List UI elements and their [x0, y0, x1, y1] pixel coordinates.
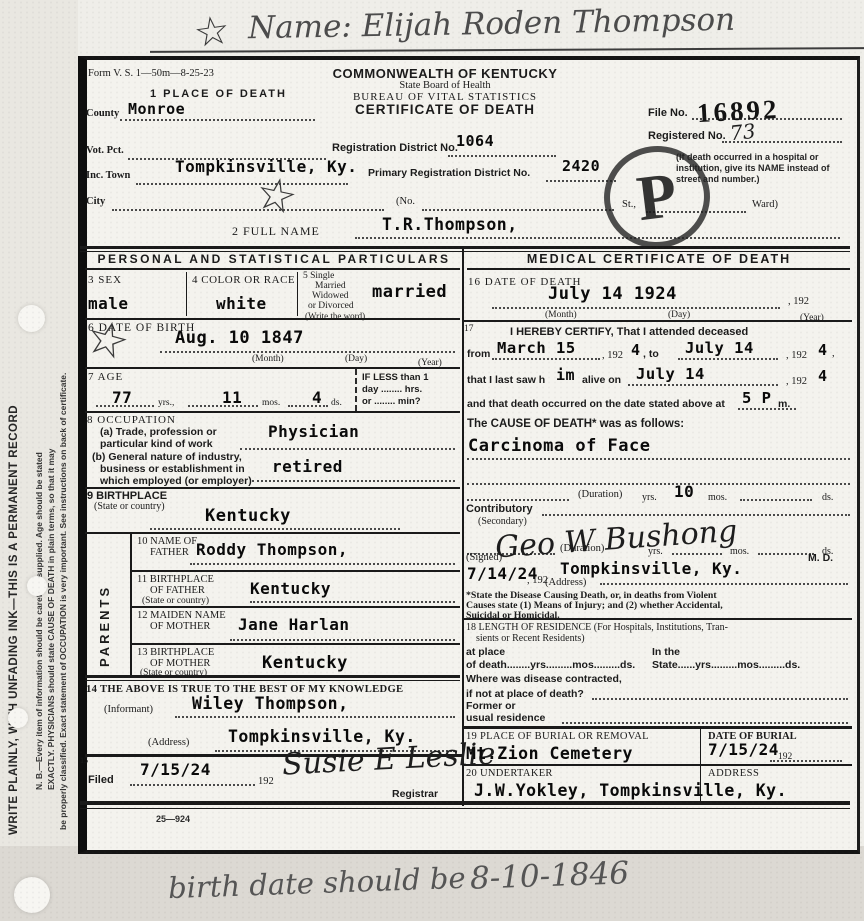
street-no-line	[422, 209, 614, 211]
registration-district-label: Registration District No.	[332, 142, 458, 154]
race-value: white	[216, 294, 267, 313]
margin-note-line3: be properly classified. Exact statement …	[58, 110, 68, 830]
rule	[186, 272, 187, 316]
filed-item-number: 15	[80, 756, 88, 765]
duration-label: (Duration)	[578, 489, 622, 500]
if-less-line1: IF LESS than 1	[362, 372, 429, 383]
rule	[462, 618, 852, 620]
punch-hole	[27, 576, 47, 596]
personal-section-title: PERSONAL AND STATISTICAL PARTICULARS	[88, 252, 460, 266]
rule	[467, 499, 569, 501]
duration-months-value: 10	[674, 482, 694, 501]
city-label: City	[86, 196, 105, 207]
filed-year-label: 192	[258, 776, 274, 787]
rule	[492, 358, 600, 360]
certify-text: I HEREBY CERTIFY, That I attended deceas…	[510, 326, 748, 338]
county-label: County	[86, 108, 119, 119]
date-of-death-value: July 14 1924	[548, 284, 677, 304]
dob-month-label: (Month)	[252, 354, 284, 364]
birthplace-sub-label: (State or country)	[94, 501, 165, 512]
vot-pct-label: Vot. Pct.	[86, 145, 124, 156]
death-time-value: 5 P	[742, 389, 772, 407]
header-divider	[80, 246, 850, 249]
date-of-death-year-label: , 192	[788, 296, 809, 307]
cause-line-1	[467, 458, 850, 460]
marital-option-divorced: or Divorced	[308, 301, 354, 311]
county-line	[120, 119, 315, 121]
print-code: 25—924	[156, 814, 190, 824]
rule	[600, 583, 848, 585]
filed-date-value: 7/15/24	[140, 760, 211, 779]
secondary-label: (Secondary)	[478, 516, 527, 527]
margin-note-line1: N. B.—Every item of information should b…	[34, 150, 44, 790]
occupation-b-line	[252, 480, 455, 482]
last-saw-year-label: , 192	[786, 376, 807, 387]
rule	[96, 405, 154, 407]
father-birthplace-label3: (State or country)	[142, 596, 209, 606]
informant-line	[175, 716, 455, 718]
handwritten-correction-value: 8-10-1846	[469, 855, 629, 897]
undertaker-value: J.W.Yokley, Tompkinsville, Ky.	[474, 781, 787, 800]
commonwealth-title: COMMONWEALTH OF KENTUCKY	[300, 66, 590, 81]
p-stamp-letter: P	[633, 158, 681, 236]
certify-item-number: 17	[464, 324, 474, 334]
last-saw-date-value: July 14	[636, 365, 705, 383]
last-saw-year-value: 4	[818, 367, 828, 385]
father-name-label2: FATHER	[150, 547, 189, 558]
race-label: 4 COLOR OR RACE	[192, 274, 295, 286]
signed-label: (Signed)	[466, 552, 502, 563]
mother-name-line	[230, 639, 455, 641]
rule	[562, 722, 848, 724]
rule	[85, 532, 460, 534]
rule	[85, 268, 460, 270]
rule	[467, 268, 850, 270]
annotation-underline	[150, 47, 864, 53]
registered-no-label: Registered No.	[648, 130, 726, 142]
rule	[592, 698, 848, 700]
registration-district-value: 1064	[456, 132, 494, 150]
rule	[85, 411, 460, 413]
county-value: Monroe	[128, 100, 185, 118]
rule	[288, 405, 328, 407]
inc-town-line	[136, 183, 348, 185]
occupation-b-label3: which employed (or employer)	[100, 475, 252, 487]
contributory-label: Contributory	[466, 503, 533, 515]
age-years-unit: yrs.,	[158, 398, 174, 408]
registered-no-line	[722, 141, 842, 143]
rule	[355, 369, 357, 411]
rule	[462, 726, 852, 729]
rule	[740, 499, 812, 501]
cause-of-death-value: Carcinoma of Face	[468, 436, 651, 456]
birthplace-value: Kentucky	[205, 506, 291, 526]
burial-date-value: 7/15/24	[708, 740, 779, 759]
residence-of-death-line: of death........yrs.........mos.........…	[466, 659, 635, 671]
certificate-of-death-title: CERTIFICATE OF DEATH	[300, 102, 590, 117]
handwritten-name-annotation: Name: Elijah Roden Thompson	[248, 2, 736, 46]
state-board-subtitle: State Board of Health	[300, 80, 590, 91]
attended-from-label: from	[467, 348, 490, 360]
punch-hole	[18, 305, 45, 332]
punch-hole	[14, 877, 50, 913]
registrar-label: Registrar	[392, 788, 438, 800]
residence-title-line1: 18 LENGTH OF RESIDENCE (For Hospitals, I…	[466, 622, 728, 633]
if-less-line2: day ........ hrs.	[362, 384, 422, 395]
father-name-line	[190, 563, 455, 565]
rule	[188, 405, 258, 407]
age-days-unit: ds.	[331, 398, 342, 408]
duration-mos-label: mos.	[708, 492, 727, 503]
residence-at-place-label: at place	[466, 646, 505, 658]
former-or-label: Former or	[466, 700, 516, 712]
place-of-death-heading: 1 PLACE OF DEATH	[150, 88, 287, 100]
occupation-a-line	[240, 448, 455, 450]
informant-label: (Informant)	[104, 704, 153, 715]
rule	[130, 606, 460, 608]
full-name-label: 2 FULL NAME	[232, 224, 320, 239]
age-months-unit: mos.	[262, 398, 280, 408]
undertaker-address-label: ADDRESS	[708, 768, 759, 779]
mother-name-value: Jane Harlan	[238, 615, 349, 634]
md-label: M. D.	[808, 552, 833, 564]
rule	[85, 680, 460, 681]
mother-name-label1: 12 MAIDEN NAME	[137, 610, 226, 621]
rule	[462, 320, 852, 322]
rule	[130, 532, 132, 675]
rule	[85, 318, 460, 320]
rule	[130, 643, 460, 645]
residence-in-the-label: In the	[652, 646, 680, 658]
registration-district-line	[448, 155, 556, 157]
marital-option-married: Married	[315, 281, 346, 291]
father-birthplace-label2: OF FATHER	[150, 585, 205, 596]
usual-residence-label: usual residence	[466, 712, 545, 724]
occupation-a-label2: particular kind of work	[100, 438, 213, 450]
occupation-b-value: retired	[272, 457, 343, 476]
cause-line-2	[467, 483, 850, 485]
death-certificate-scan: ☆ Name: Elijah Roden Thompson WRITE PLAI…	[0, 0, 864, 921]
dob-value: Aug. 10 1847	[175, 328, 304, 348]
occupation-b-label1: (b) General nature of industry,	[92, 451, 242, 463]
marital-option-widowed: Widowed	[312, 291, 349, 301]
residence-state-line: State......yrs.........mos.........ds.	[652, 659, 800, 671]
street-no-label: (No.	[396, 196, 415, 207]
attended-from-value: March 15	[497, 339, 576, 357]
attended-from-year-value: 4	[631, 341, 641, 359]
occupation-a-label1: (a) Trade, profession or	[100, 426, 217, 438]
primary-registration-label: Primary Registration District No.	[368, 167, 530, 179]
rule	[738, 408, 796, 410]
occupation-b-label2: business or establishment in	[100, 463, 245, 475]
undertaker-label: 20 UNDERTAKER	[466, 768, 553, 779]
rule	[770, 760, 842, 762]
filed-label: Filed	[88, 774, 114, 786]
occupation-a-value: Physician	[268, 422, 359, 441]
full-name-value: T.R.Thompson,	[382, 215, 518, 234]
mother-name-label2: OF MOTHER	[150, 621, 210, 632]
rule	[462, 764, 852, 766]
primary-registration-value: 2420	[562, 157, 600, 175]
father-birthplace-line	[250, 601, 455, 603]
ward-label: Ward)	[752, 199, 778, 210]
rule	[85, 487, 460, 489]
rule	[758, 553, 814, 555]
if-not-place-label: if not at place of death?	[466, 688, 584, 700]
father-name-label1: 10 NAME OF	[137, 536, 197, 547]
burial-place-value: Mt.Zion Cemetery	[466, 744, 633, 763]
cause-of-death-header: The CAUSE OF DEATH* was as follows:	[467, 418, 684, 430]
mother-birthplace-value: Kentucky	[262, 653, 348, 673]
if-less-line3: or ........ min?	[362, 396, 421, 407]
father-name-value: Roddy Thompson,	[196, 540, 348, 559]
punch-hole	[8, 708, 28, 728]
rule	[80, 808, 850, 809]
duration-ds-label: ds.	[822, 492, 833, 503]
margin-note-line2: EXACTLY. PHYSICIANS should state CAUSE O…	[46, 150, 56, 790]
form-number: Form V. S. 1—50m—8-25-23	[88, 68, 214, 79]
dob-line	[160, 351, 455, 353]
attended-to-year-label: , 192	[786, 350, 807, 361]
birthplace-line	[150, 528, 400, 530]
sex-label: 3 SEX	[88, 274, 122, 286]
father-birthplace-label1: 11 BIRTHPLACE	[137, 574, 214, 585]
rule	[628, 384, 778, 386]
occupation-label: 8 OCCUPATION	[87, 414, 176, 426]
file-no-label: File No.	[648, 107, 688, 119]
filed-date-line	[130, 784, 255, 786]
attended-to-label: , to	[643, 348, 659, 360]
city-line	[112, 209, 384, 211]
rule	[297, 272, 298, 316]
marital-option-single: 5 Single	[303, 271, 334, 281]
dod-month-label: (Month)	[545, 310, 577, 320]
informant-value: Wiley Thompson,	[192, 694, 349, 713]
last-saw-pre-label: that I last saw h	[467, 374, 545, 386]
rule	[678, 358, 778, 360]
comma-mark: ,	[832, 348, 835, 359]
rule	[672, 553, 722, 555]
last-saw-mid-label: alive on	[582, 374, 621, 386]
rule	[130, 570, 460, 572]
rule	[80, 801, 850, 805]
date-of-death-line	[492, 307, 780, 309]
last-saw-him-value: im	[556, 366, 575, 384]
where-contracted-label: Where was disease contracted,	[466, 673, 622, 685]
parents-vertical-label: PARENTS	[97, 552, 112, 667]
death-occurred-label: and that death occurred on the date stat…	[467, 398, 725, 410]
medical-section-title: MEDICAL CERTIFICATE OF DEATH	[468, 252, 850, 266]
dob-day-label: (Day)	[345, 354, 367, 364]
inc-town-label: Inc. Town	[86, 170, 130, 181]
physician-address-value: Tompkinsville, Ky.	[560, 559, 742, 578]
burial-place-label: 19 PLACE OF BURIAL OR REMOVAL	[466, 731, 649, 742]
attended-to-value: July 14	[685, 339, 754, 357]
residence-title-line2: sients or Recent Residents)	[476, 633, 585, 644]
marital-value: married	[372, 282, 447, 302]
dod-day-label: (Day)	[668, 310, 690, 320]
physician-address-label: (Address)	[545, 577, 586, 588]
rule	[85, 367, 460, 369]
mother-birthplace-label1: 13 BIRTHPLACE	[137, 647, 214, 658]
duration-yrs-label: yrs.	[642, 492, 657, 503]
age-label: 7 AGE	[88, 371, 123, 383]
full-name-line	[355, 237, 840, 239]
attended-from-year-label: , 192	[602, 350, 623, 361]
informant-address-label: (Address)	[148, 737, 189, 748]
star-mark-top-icon: ☆	[191, 10, 232, 55]
rule	[85, 675, 460, 678]
father-birthplace-value: Kentucky	[250, 579, 331, 598]
attended-to-year-value: 4	[818, 341, 828, 359]
